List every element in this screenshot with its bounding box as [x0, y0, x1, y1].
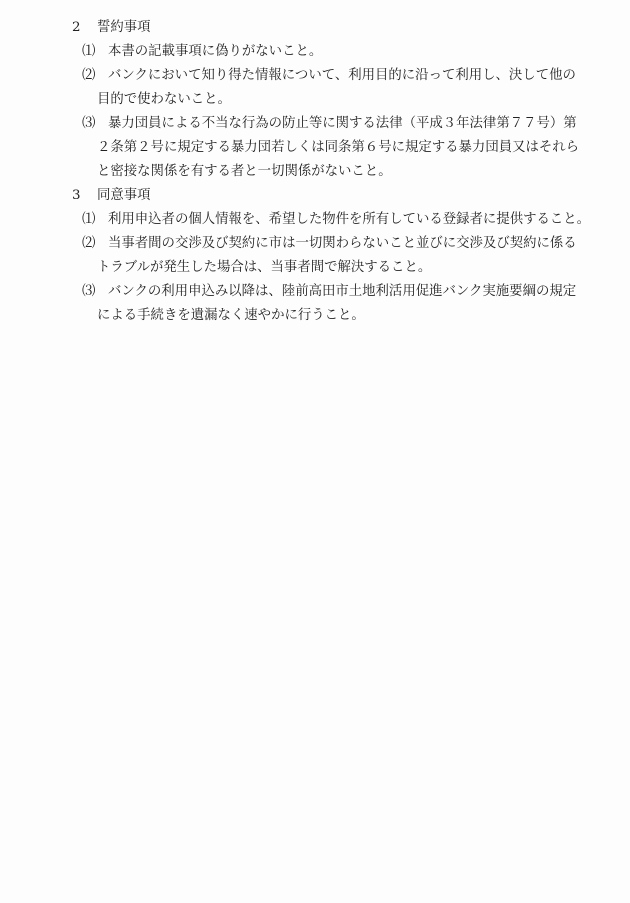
item-text: バンクにおいて知り得た情報について、利用目的に沿って利用し、決して他の	[108, 64, 576, 88]
item-marker: ⑶	[82, 112, 95, 136]
item-marker: ⑶	[82, 280, 95, 304]
section-number: 3	[72, 184, 81, 208]
item-marker: ⑵	[82, 232, 95, 256]
item-text-continuation: による手続きを遺漏なく速やかに行うこと。	[97, 304, 365, 328]
item-text: バンクの利用申込み以降は、陸前高田市土地利活用促進バンク実施要綱の規定	[108, 280, 576, 304]
item-text-continuation: トラブルが発生した場合は、当事者間で解決すること。	[97, 256, 431, 280]
item-text-continuation: ２条第２号に規定する暴力団若しくは同条第６号に規定する暴力団員又はそれら	[97, 136, 579, 160]
section-number: 2	[72, 16, 81, 40]
item-marker: ⑵	[82, 64, 95, 88]
section-title: 誓約事項	[97, 16, 151, 40]
item-text: 利用申込者の個人情報を、希望した物件を所有している登録者に提供すること。	[108, 208, 590, 232]
item-text: 暴力団員による不当な行為の防止等に関する法律（平成３年法律第７７号）第	[108, 112, 577, 136]
item-marker: ⑴	[82, 208, 95, 232]
item-text-continuation: 目的で使わないこと。	[97, 88, 231, 112]
item-marker: ⑴	[82, 40, 95, 64]
document-page: 2 誓約事項 ⑴ 本書の記載事項に偽りがないこと。 ⑵ バンクにおいて知り得た情…	[0, 0, 630, 903]
section-title: 同意事項	[97, 184, 151, 208]
item-text: 本書の記載事項に偽りがないこと。	[108, 40, 322, 64]
item-text-continuation: と密接な関係を有する者と一切関係がないこと。	[97, 160, 392, 184]
item-text: 当事者間の交渉及び契約に市は一切関わらないこと並びに交渉及び契約に係る	[108, 232, 577, 256]
